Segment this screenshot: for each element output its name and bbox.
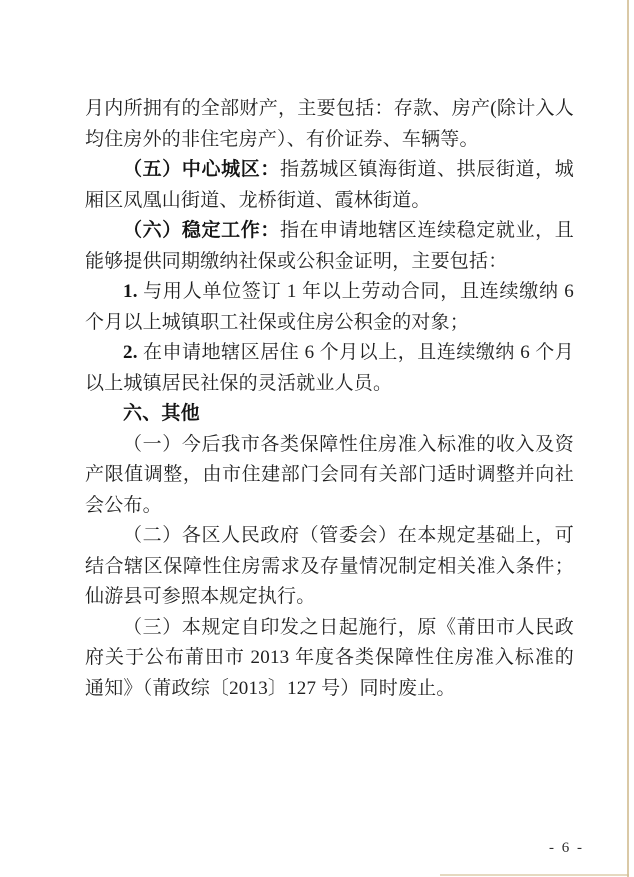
paragraph: （六）稳定工作：指在申请地辖区连续稳定就业，且能够提供同期缴纳社保或公积金证明，… [85, 216, 574, 277]
bold-text-run: （五）中心城区： [123, 159, 280, 180]
bold-text-run: （六）稳定工作： [123, 220, 280, 241]
paragraph: 1. 与用人单位签订 1 年以上劳动合同，且连续缴纳 6 个月以上城镇职工社保或… [85, 277, 574, 338]
paragraph: （五）中心城区：指荔城区镇海街道、拱辰街道，城厢区凤凰山街道、龙桥街道、霞林街道… [85, 155, 574, 216]
text-run: （一）今后我市各类保障性住房准入标准的收入及资产限值调整，由市住建部门会同有关部… [85, 434, 574, 516]
text-run: （三）本规定自印发之日起施行，原《莆田市人民政府关于公布莆田市 2013 年度各… [85, 617, 574, 699]
document-body: 月内所拥有的全部财产，主要包括：存款、房产(除计入人均住房外的非住宅房产）、有价… [85, 94, 574, 704]
paper-edge-right [627, 0, 629, 877]
bold-text-run: 六、其他 [123, 403, 200, 424]
text-run: 与用人单位签订 1 年以上劳动合同，且连续缴纳 6 个月以上城镇职工社保或住房公… [85, 281, 574, 333]
paper-edge-bottom [440, 874, 629, 876]
paragraph: （一）今后我市各类保障性住房准入标准的收入及资产限值调整，由市住建部门会同有关部… [85, 430, 574, 522]
paragraph: （二）各区人民政府（管委会）在本规定基础上，可结合辖区保障性住房需求及存量情况制… [85, 521, 574, 613]
text-run: （二）各区人民政府（管委会）在本规定基础上，可结合辖区保障性住房需求及存量情况制… [85, 525, 574, 607]
bold-text-run: 1. [123, 281, 143, 302]
scanned-document-page: 月内所拥有的全部财产，主要包括：存款、房产(除计入人均住房外的非住宅房产）、有价… [0, 0, 634, 877]
paragraph: 2. 在申请地辖区居住 6 个月以上，且连续缴纳 6 个月以上城镇居民社保的灵活… [85, 338, 574, 399]
paragraph: 月内所拥有的全部财产，主要包括：存款、房产(除计入人均住房外的非住宅房产）、有价… [85, 94, 574, 155]
text-run: 在申请地辖区居住 6 个月以上，且连续缴纳 6 个月以上城镇居民社保的灵活就业人… [85, 342, 574, 394]
paragraph: （三）本规定自印发之日起施行，原《莆田市人民政府关于公布莆田市 2013 年度各… [85, 613, 574, 705]
text-run: 月内所拥有的全部财产，主要包括：存款、房产(除计入人均住房外的非住宅房产）、有价… [85, 98, 574, 150]
page-number: - 6 - [0, 840, 584, 857]
bold-text-run: 2. [123, 342, 143, 363]
paragraph: 六、其他 [85, 399, 574, 430]
